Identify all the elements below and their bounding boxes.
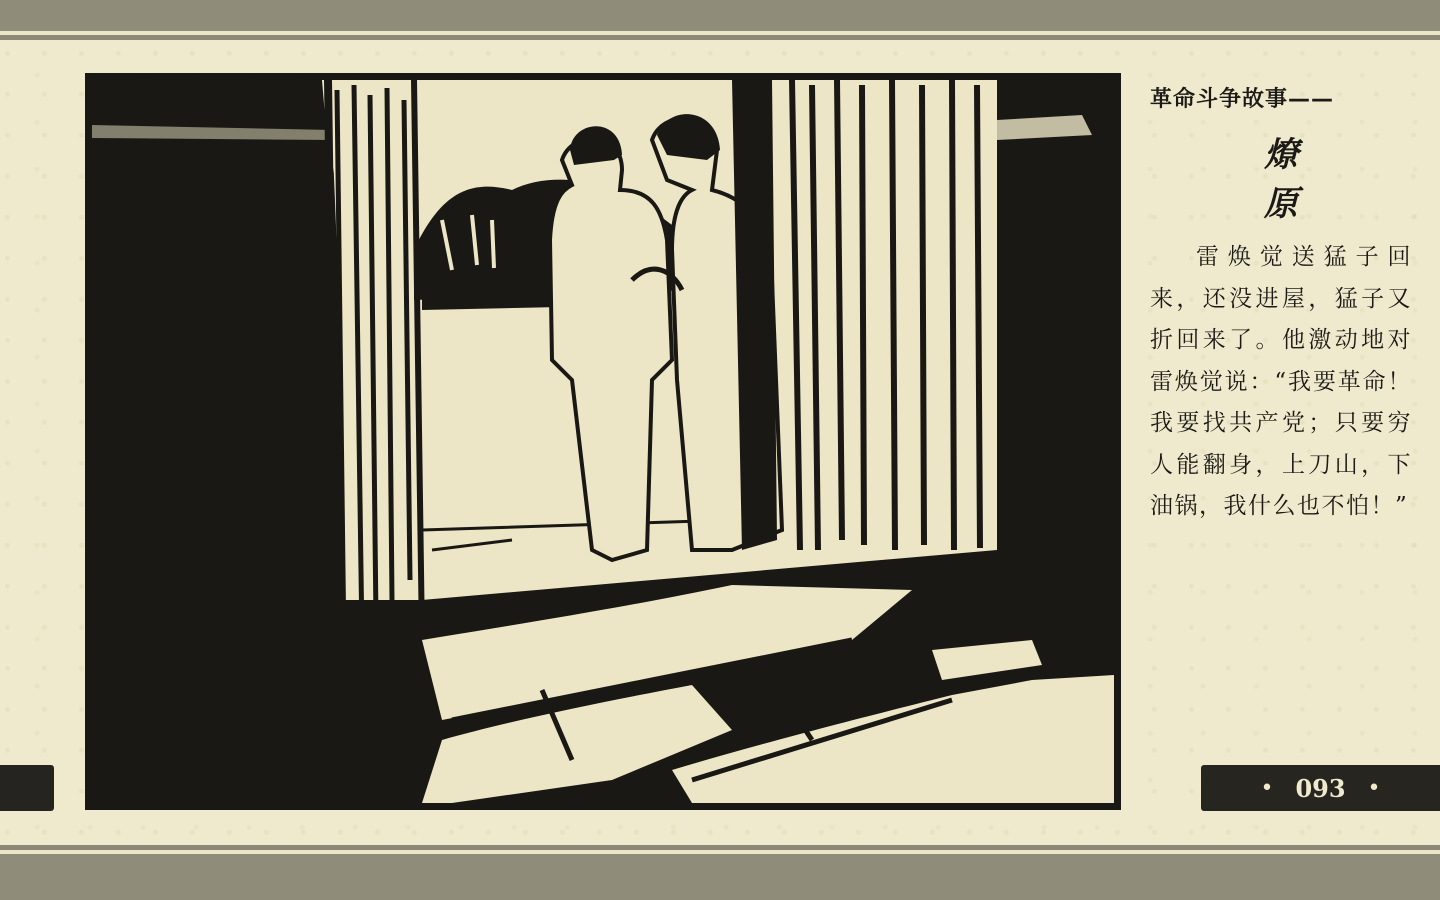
- page-number-badge[interactable]: • 093 •: [1201, 765, 1440, 811]
- story-title: 燎 原: [1150, 127, 1412, 225]
- caption-panel: 革命斗争故事—— 燎 原 雷焕觉送猛子回来，还没进屋，猛子又折回来了。他激动地对…: [1150, 82, 1412, 528]
- bullet-left-icon: •: [1260, 776, 1273, 801]
- previous-page-tab[interactable]: [0, 765, 54, 811]
- series-label: 革命斗争故事——: [1150, 82, 1412, 113]
- page-number: 093: [1295, 774, 1345, 803]
- bullet-right-icon: •: [1368, 776, 1381, 801]
- caption-text: 雷焕觉送猛子回来，还没进屋，猛子又折回来了。他激动地对雷焕觉说：“我要革命！我要…: [1150, 237, 1412, 528]
- woodcut-illustration: [92, 80, 1114, 803]
- top-divider-dark: [0, 35, 1440, 40]
- bottom-band: [0, 854, 1440, 900]
- illustration-frame: [85, 73, 1121, 810]
- top-band: [0, 0, 1440, 31]
